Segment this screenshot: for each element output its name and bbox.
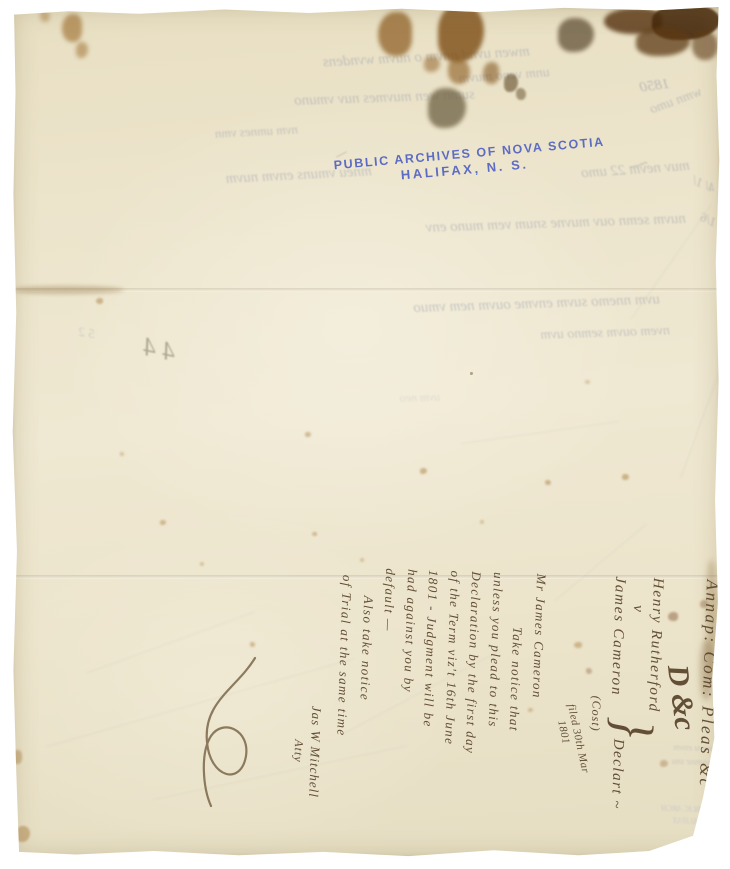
paper-stain <box>160 520 166 525</box>
wrinkle-crease <box>678 365 722 479</box>
paper-stain <box>448 58 470 84</box>
docket-block: Annap: Com: Pleas &c D &c Henry Rutherfo… <box>286 565 722 869</box>
docket-notice: Mr James CameronTake notice thatunless y… <box>327 567 552 864</box>
paper-stain <box>360 558 364 562</box>
bleedthrough-writing: sumn wen muvmes nuv vmuno <box>55 87 475 119</box>
paper-stain <box>545 480 551 485</box>
docket-signature-name: Jas W Mitchell <box>303 706 325 857</box>
paper-stain <box>622 474 629 480</box>
paper-stain <box>40 10 50 22</box>
paper-stain <box>420 468 427 474</box>
paper-stain <box>692 30 718 60</box>
docket-case-title: Henry Rutherford v James Cameron } Decla… <box>600 576 668 868</box>
paper-stain <box>62 14 82 42</box>
docket-brace: } <box>601 716 667 738</box>
pen-flourish-stroke <box>204 658 255 806</box>
paper-stain <box>16 826 30 842</box>
paper-stain <box>636 28 690 56</box>
paper-stain <box>120 452 124 456</box>
bleedthrough-writing: nuvm semn ouv muvne snum vem muno env <box>46 211 686 250</box>
paper-stain <box>558 18 594 52</box>
paper-stain <box>14 286 124 294</box>
paper-stain <box>516 88 526 100</box>
paper-stain <box>312 532 317 536</box>
docket-parties: Henry Rutherford v James Cameron <box>606 576 668 713</box>
paper-stain <box>305 432 311 437</box>
bleedthrough-writing: uvm nnemo suvm envme ouvm nem vmuo <box>60 292 660 330</box>
bleedthrough-writing: nvm umnes vmn <box>48 121 298 150</box>
paper-stain <box>76 42 88 58</box>
paper-stain <box>250 642 255 647</box>
paper-stain <box>480 520 484 524</box>
paper-stain <box>12 750 22 764</box>
paper-stain <box>470 372 473 375</box>
paper-stain <box>424 56 440 72</box>
paper-sheet: mwen uvnd nnvm o nuvm wvndensunm veno mu… <box>12 7 720 857</box>
docket-filed-note: filed 30th Mar 1801 <box>551 703 591 777</box>
paper-stain <box>96 298 103 304</box>
docket-signature: Jas W Mitchell Atty <box>286 705 325 856</box>
bleedthrough-writing: uvm neo <box>300 390 440 410</box>
bleedthrough-writing: nvem ouvm semno uvm <box>290 323 670 352</box>
paper-stain <box>378 12 412 56</box>
paper-stain <box>428 88 466 128</box>
document-scan: mwen uvnd nnvm o nuvm wvndensunm veno mu… <box>0 0 730 869</box>
wrinkle-crease <box>461 419 620 444</box>
bleedthrough-writing: 4 4 <box>94 322 178 368</box>
paper-stain <box>483 62 499 84</box>
docket-doc-label: Declart ~ <box>607 738 626 810</box>
paper-surface: mwen uvnd nnvm o nuvm wvndensunm veno mu… <box>0 0 730 869</box>
paper-stain <box>200 562 204 566</box>
paper-stain <box>585 380 590 384</box>
pen-flourish <box>183 650 275 815</box>
